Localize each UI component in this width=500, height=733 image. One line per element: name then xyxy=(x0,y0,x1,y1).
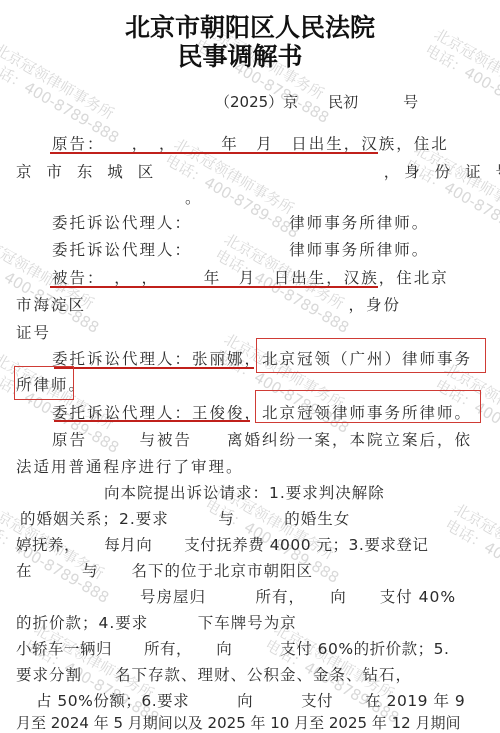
document-type: 民事调解书 xyxy=(0,37,490,73)
body-line: 京 市 东 城 区 ，身 份 证 号 xyxy=(16,160,500,182)
plaintiff-agent-line: 委托诉讼代理人： 律师事务所律师。 xyxy=(52,211,429,233)
highlight-box xyxy=(255,390,481,423)
body-line: 占 50%份额；6.要求 向 支付 在 2019 年 9 xyxy=(36,689,465,711)
case-number: （2025）京 民初 号 xyxy=(215,91,418,112)
body-line: 法适用普通程序进行了审理。 xyxy=(16,455,244,477)
body-line: 在 与 名下的位于北京市朝阳区 xyxy=(16,559,313,581)
defendant-underline xyxy=(50,286,378,288)
body-line: 的婚姻关系；2.要求 与 的婚生女 xyxy=(20,507,350,529)
body-line: 的折价款；4.要求 下车牌号为京 xyxy=(16,611,297,633)
highlight-box xyxy=(14,366,74,400)
body-line: 号房屋归 所有， 向 支付 40% xyxy=(140,585,456,607)
body-line: 原告 与被告 离婚纠纷一案，本院立案后，依 xyxy=(52,428,472,450)
body-line: 要求分割 名下存款、理财、公积金、金条、钻石， xyxy=(16,663,412,685)
body-line: 小轿车一辆归 所有， 向 支付 60%的折价款；5. xyxy=(16,637,449,659)
body-line: 向本院提出诉讼请求：1.要求判决解除 xyxy=(104,481,385,503)
body-line: 月至 2024 年 5 月期间以及 2025 年 10 月至 2025 年 12… xyxy=(16,712,460,733)
plaintiff-agent-line: 委托诉讼代理人： 律师事务所律师。 xyxy=(52,238,429,260)
body-line: 。 xyxy=(185,186,203,208)
plaintiff-line: 原告： ， ， 年 月 日出生，汉族，住北 xyxy=(52,132,449,154)
agent-underline xyxy=(54,367,254,369)
body-line: 市海淀区 ，身份 xyxy=(16,293,401,315)
plaintiff-underline xyxy=(50,152,378,154)
agent-underline xyxy=(54,420,250,422)
body-line: 婷抚养， 每月向 支付抚养费 4000 元；3.要求登记 xyxy=(16,533,428,555)
body-line: 证号 xyxy=(16,321,51,343)
highlight-box xyxy=(256,338,486,373)
defendant-line: 被告： ， ， 年 月 日出生，汉族，住北京 xyxy=(52,266,449,288)
